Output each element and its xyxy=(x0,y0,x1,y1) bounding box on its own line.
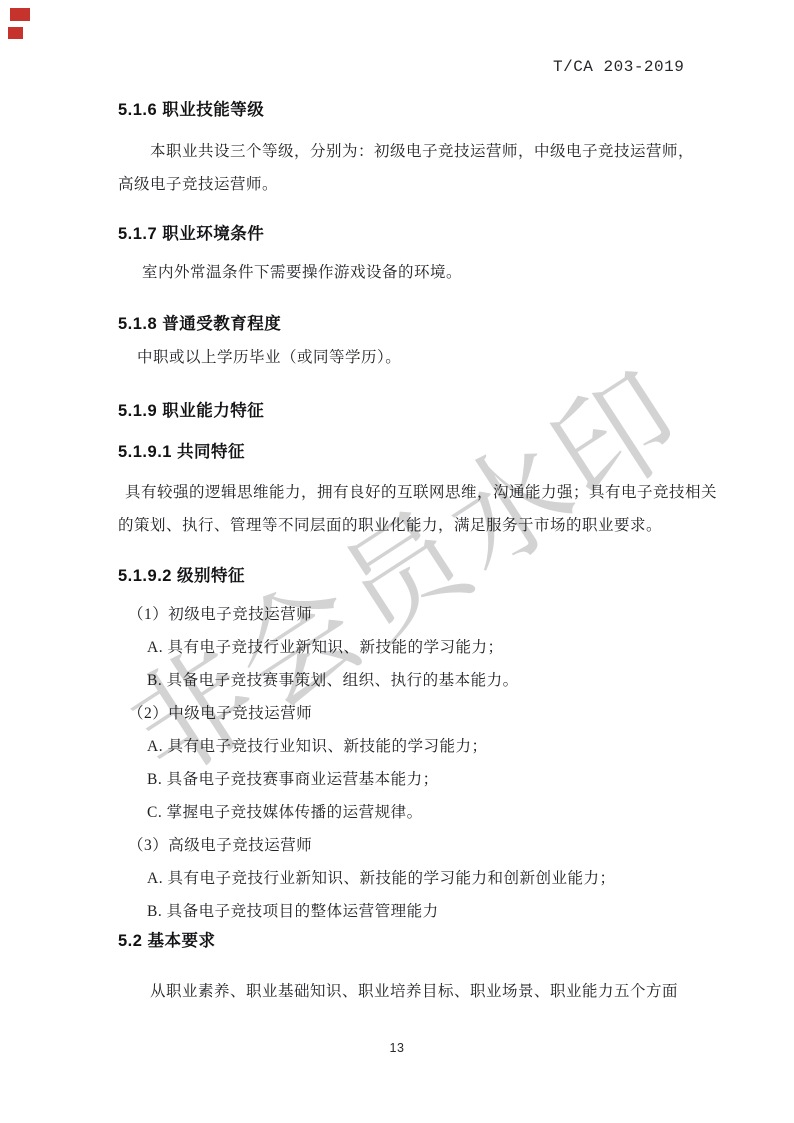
paragraph-line: 的策划、执行、管理等不同层面的职业化能力，满足服务于市场的职业要求。 xyxy=(118,513,662,535)
list-item: A. 具有电子竞技行业新知识、新技能的学习能力和创新创业能力； xyxy=(147,866,615,888)
list-item: A. 具有电子竞技行业新知识、新技能的学习能力； xyxy=(147,635,503,657)
paragraph-line: 从职业素养、职业基础知识、职业培养目标、职业场景、职业能力五个方面 xyxy=(150,979,678,1001)
list-item: C. 掌握电子竞技媒体传播的运营规律。 xyxy=(147,800,423,822)
document-page: 非会员水印 T/CA 203-2019 5.1.6 职业技能等级 本职业共设三个… xyxy=(0,0,794,1123)
list-item: B. 具备电子竞技项目的整体运营管理能力 xyxy=(147,899,439,921)
section-heading-5-1-6: 5.1.6 职业技能等级 xyxy=(118,96,264,120)
red-mark xyxy=(8,27,23,39)
section-heading-5-1-9: 5.1.9 职业能力特征 xyxy=(118,397,264,421)
list-item: A. 具有电子竞技行业知识、新技能的学习能力； xyxy=(147,734,487,756)
section-heading-5-1-9-1: 5.1.9.1 共同特征 xyxy=(118,438,245,462)
paragraph-line: 高级电子竞技运营师。 xyxy=(118,172,278,194)
doc-code-header: T/CA 203-2019 xyxy=(553,58,684,76)
paragraph-line: 本职业共设三个等级，分别为：初级电子竞技运营师，中级电子竞技运营师， xyxy=(150,139,694,161)
page-number: 13 xyxy=(390,1041,405,1055)
list-item: （1）初级电子竞技运营师 xyxy=(128,602,312,624)
list-item: B. 具备电子竞技赛事商业运营基本能力； xyxy=(147,767,439,789)
list-item: （3）高级电子竞技运营师 xyxy=(128,833,312,855)
section-heading-5-1-8: 5.1.8 普通受教育程度 xyxy=(118,310,281,334)
red-mark xyxy=(10,8,30,21)
list-item: B. 具备电子竞技赛事策划、组织、执行的基本能力。 xyxy=(147,668,519,690)
paragraph-line: 具有较强的逻辑思维能力，拥有良好的互联网思维，沟通能力强；具有电子竞技相关 xyxy=(125,480,717,502)
section-heading-5-2: 5.2 基本要求 xyxy=(118,927,216,951)
paragraph-line: 室内外常温条件下需要操作游戏设备的环境。 xyxy=(142,260,462,282)
paragraph-line: 中职或以上学历毕业（或同等学历）。 xyxy=(137,345,401,367)
list-item: （2）中级电子竞技运营师 xyxy=(128,701,312,723)
section-heading-5-1-7: 5.1.7 职业环境条件 xyxy=(118,220,264,244)
section-heading-5-1-9-2: 5.1.9.2 级别特征 xyxy=(118,562,245,586)
